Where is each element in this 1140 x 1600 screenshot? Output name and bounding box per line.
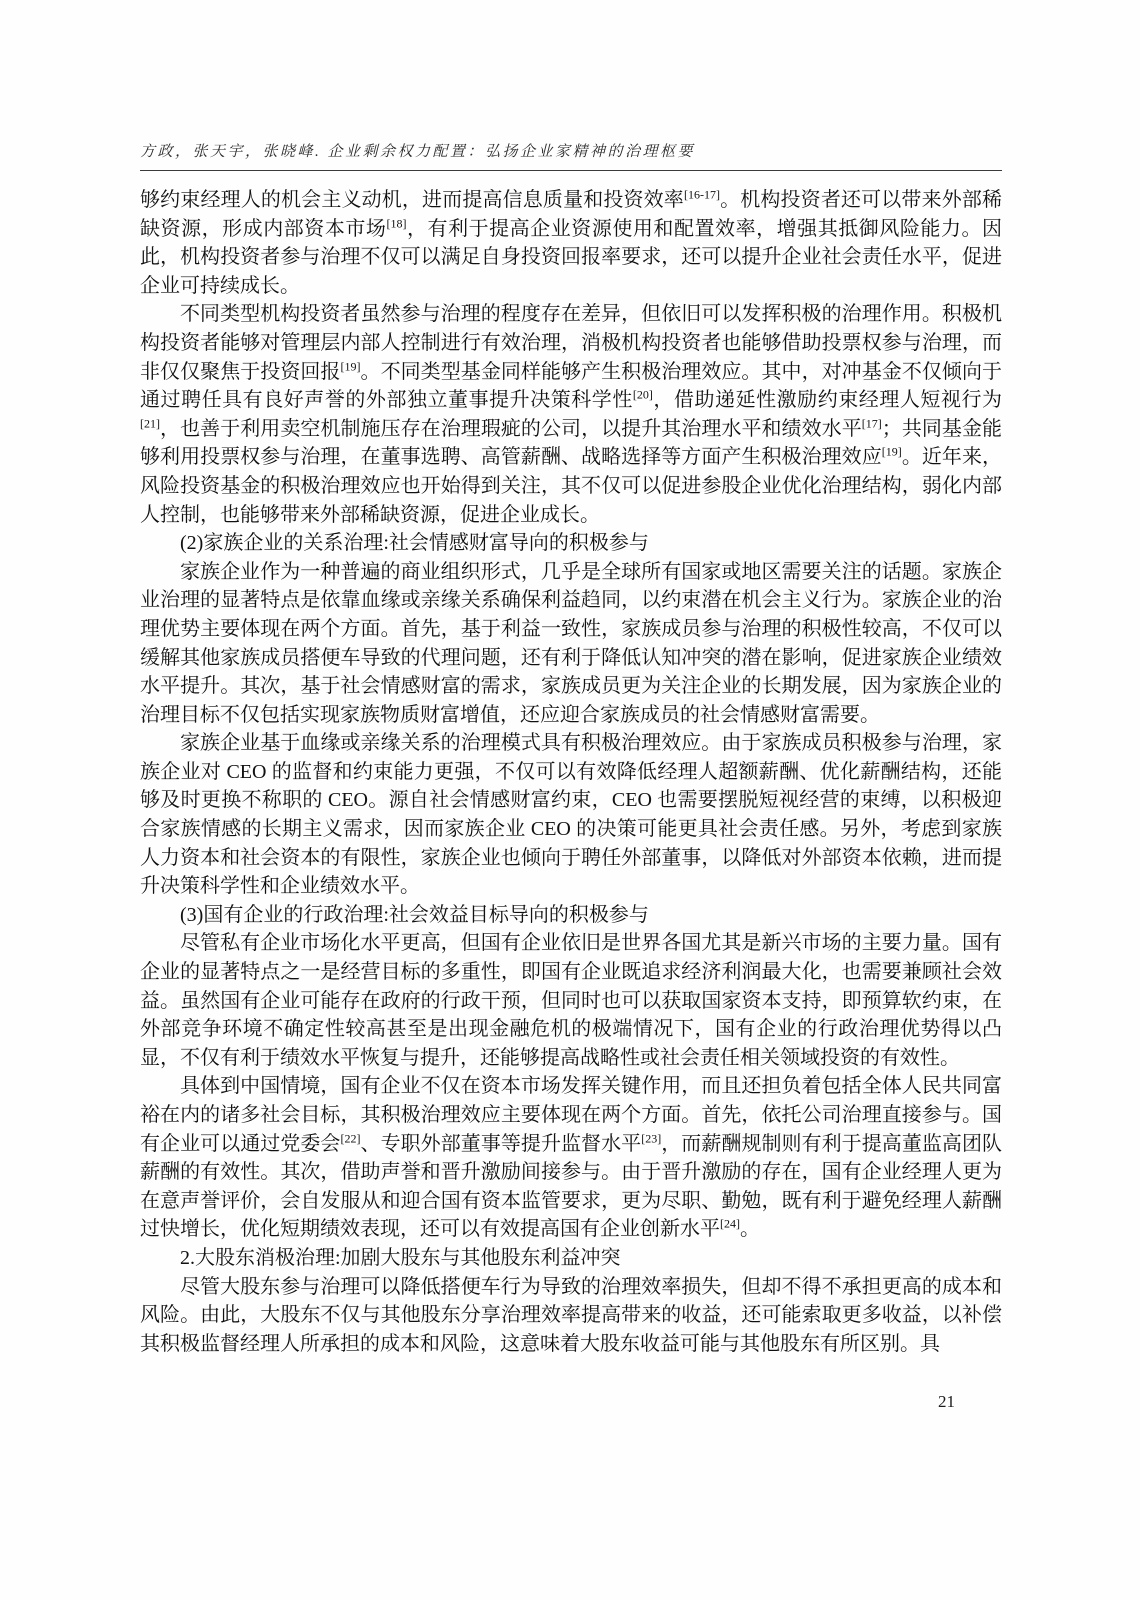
citation-ref: [19] (340, 359, 360, 373)
citation-ref: [24] (720, 1217, 740, 1231)
section-heading: 2.大股东消极治理:加剧大股东与其他股东利益冲突 (140, 1244, 1002, 1273)
running-head: 方政，张天宇，张晓峰. 企业剩余权力配置：弘扬企业家精神的治理枢要 (140, 140, 1002, 171)
paragraph: 尽管私有企业市场化水平更高，但国有企业依旧是世界各国尤其是新兴市场的主要力量。国… (140, 929, 1002, 1072)
text-run: 家族企业作为一种普遍的商业组织形式，几乎是全球所有国家或地区需要关注的话题。家族… (140, 561, 1002, 726)
text-run: 够约束经理人的机会主义动机，进而提高信息质量和投资效率 (140, 189, 684, 211)
document-page: 方政，张天宇，张晓峰. 企业剩余权力配置：弘扬企业家精神的治理枢要 够约束经理人… (0, 0, 1140, 1600)
text-run: (3)国有企业的行政治理:社会效益目标导向的积极参与 (180, 904, 649, 926)
citation-ref: [17] (862, 416, 882, 430)
page-number: 21 (938, 1392, 955, 1412)
running-head-text: 方政，张天宇，张晓峰. 企业剩余权力配置：弘扬企业家精神的治理枢要 (140, 144, 695, 160)
citation-ref: [21] (140, 416, 160, 430)
citation-ref: [23] (641, 1131, 661, 1145)
section-heading: (2)家族企业的关系治理:社会情感财富导向的积极参与 (140, 529, 1002, 558)
section-heading: (3)国有企业的行政治理:社会效益目标导向的积极参与 (140, 901, 1002, 930)
paragraph: 具体到中国情境，国有企业不仅在资本市场发挥关键作用，而且还担负着包括全体人民共同… (140, 1072, 1002, 1244)
text-run: 尽管私有企业市场化水平更高，但国有企业依旧是世界各国尤其是新兴市场的主要力量。国… (140, 932, 1002, 1068)
paragraph: 尽管大股东参与治理可以降低搭便车行为导致的治理效率损失，但却不得不承担更高的成本… (140, 1273, 1002, 1359)
text-run: ，借助递延性激励约束经理人短视行为 (653, 389, 1002, 411)
citation-ref: [22] (340, 1131, 360, 1145)
text-run: 。 (740, 1218, 760, 1240)
paragraph: 够约束经理人的机会主义动机，进而提高信息质量和投资效率[16-17]。机构投资者… (140, 186, 1002, 300)
text-run: 2.大股东消极治理:加剧大股东与其他股东利益冲突 (180, 1247, 621, 1269)
text-run: 尽管大股东参与治理可以降低搭便车行为导致的治理效率损失，但却不得不承担更高的成本… (140, 1276, 1002, 1355)
text-run: 、专职外部董事等提升监督水平 (360, 1133, 641, 1155)
citation-ref: [19] (882, 445, 902, 459)
text-run: (2)家族企业的关系治理:社会情感财富导向的积极参与 (180, 532, 649, 554)
paragraph: 不同类型机构投资者虽然参与治理的程度存在差异，但依旧可以发挥积极的治理作用。积极… (140, 300, 1002, 529)
citation-ref: [18] (386, 216, 406, 230)
paragraph: 家族企业作为一种普遍的商业组织形式，几乎是全球所有国家或地区需要关注的话题。家族… (140, 558, 1002, 730)
paragraph: 家族企业基于血缘或亲缘关系的治理模式具有积极治理效应。由于家族成员积极参与治理，… (140, 729, 1002, 901)
text-run: ，也善于利用卖空机制施压存在治理瑕疵的公司，以提升其治理水平和绩效水平 (160, 418, 862, 440)
citation-ref: [20] (633, 388, 653, 402)
body-text: 够约束经理人的机会主义动机，进而提高信息质量和投资效率[16-17]。机构投资者… (140, 186, 1002, 1358)
citation-ref: [16-17] (684, 187, 720, 201)
text-run: 家族企业基于血缘或亲缘关系的治理模式具有积极治理效应。由于家族成员积极参与治理，… (140, 732, 1002, 897)
